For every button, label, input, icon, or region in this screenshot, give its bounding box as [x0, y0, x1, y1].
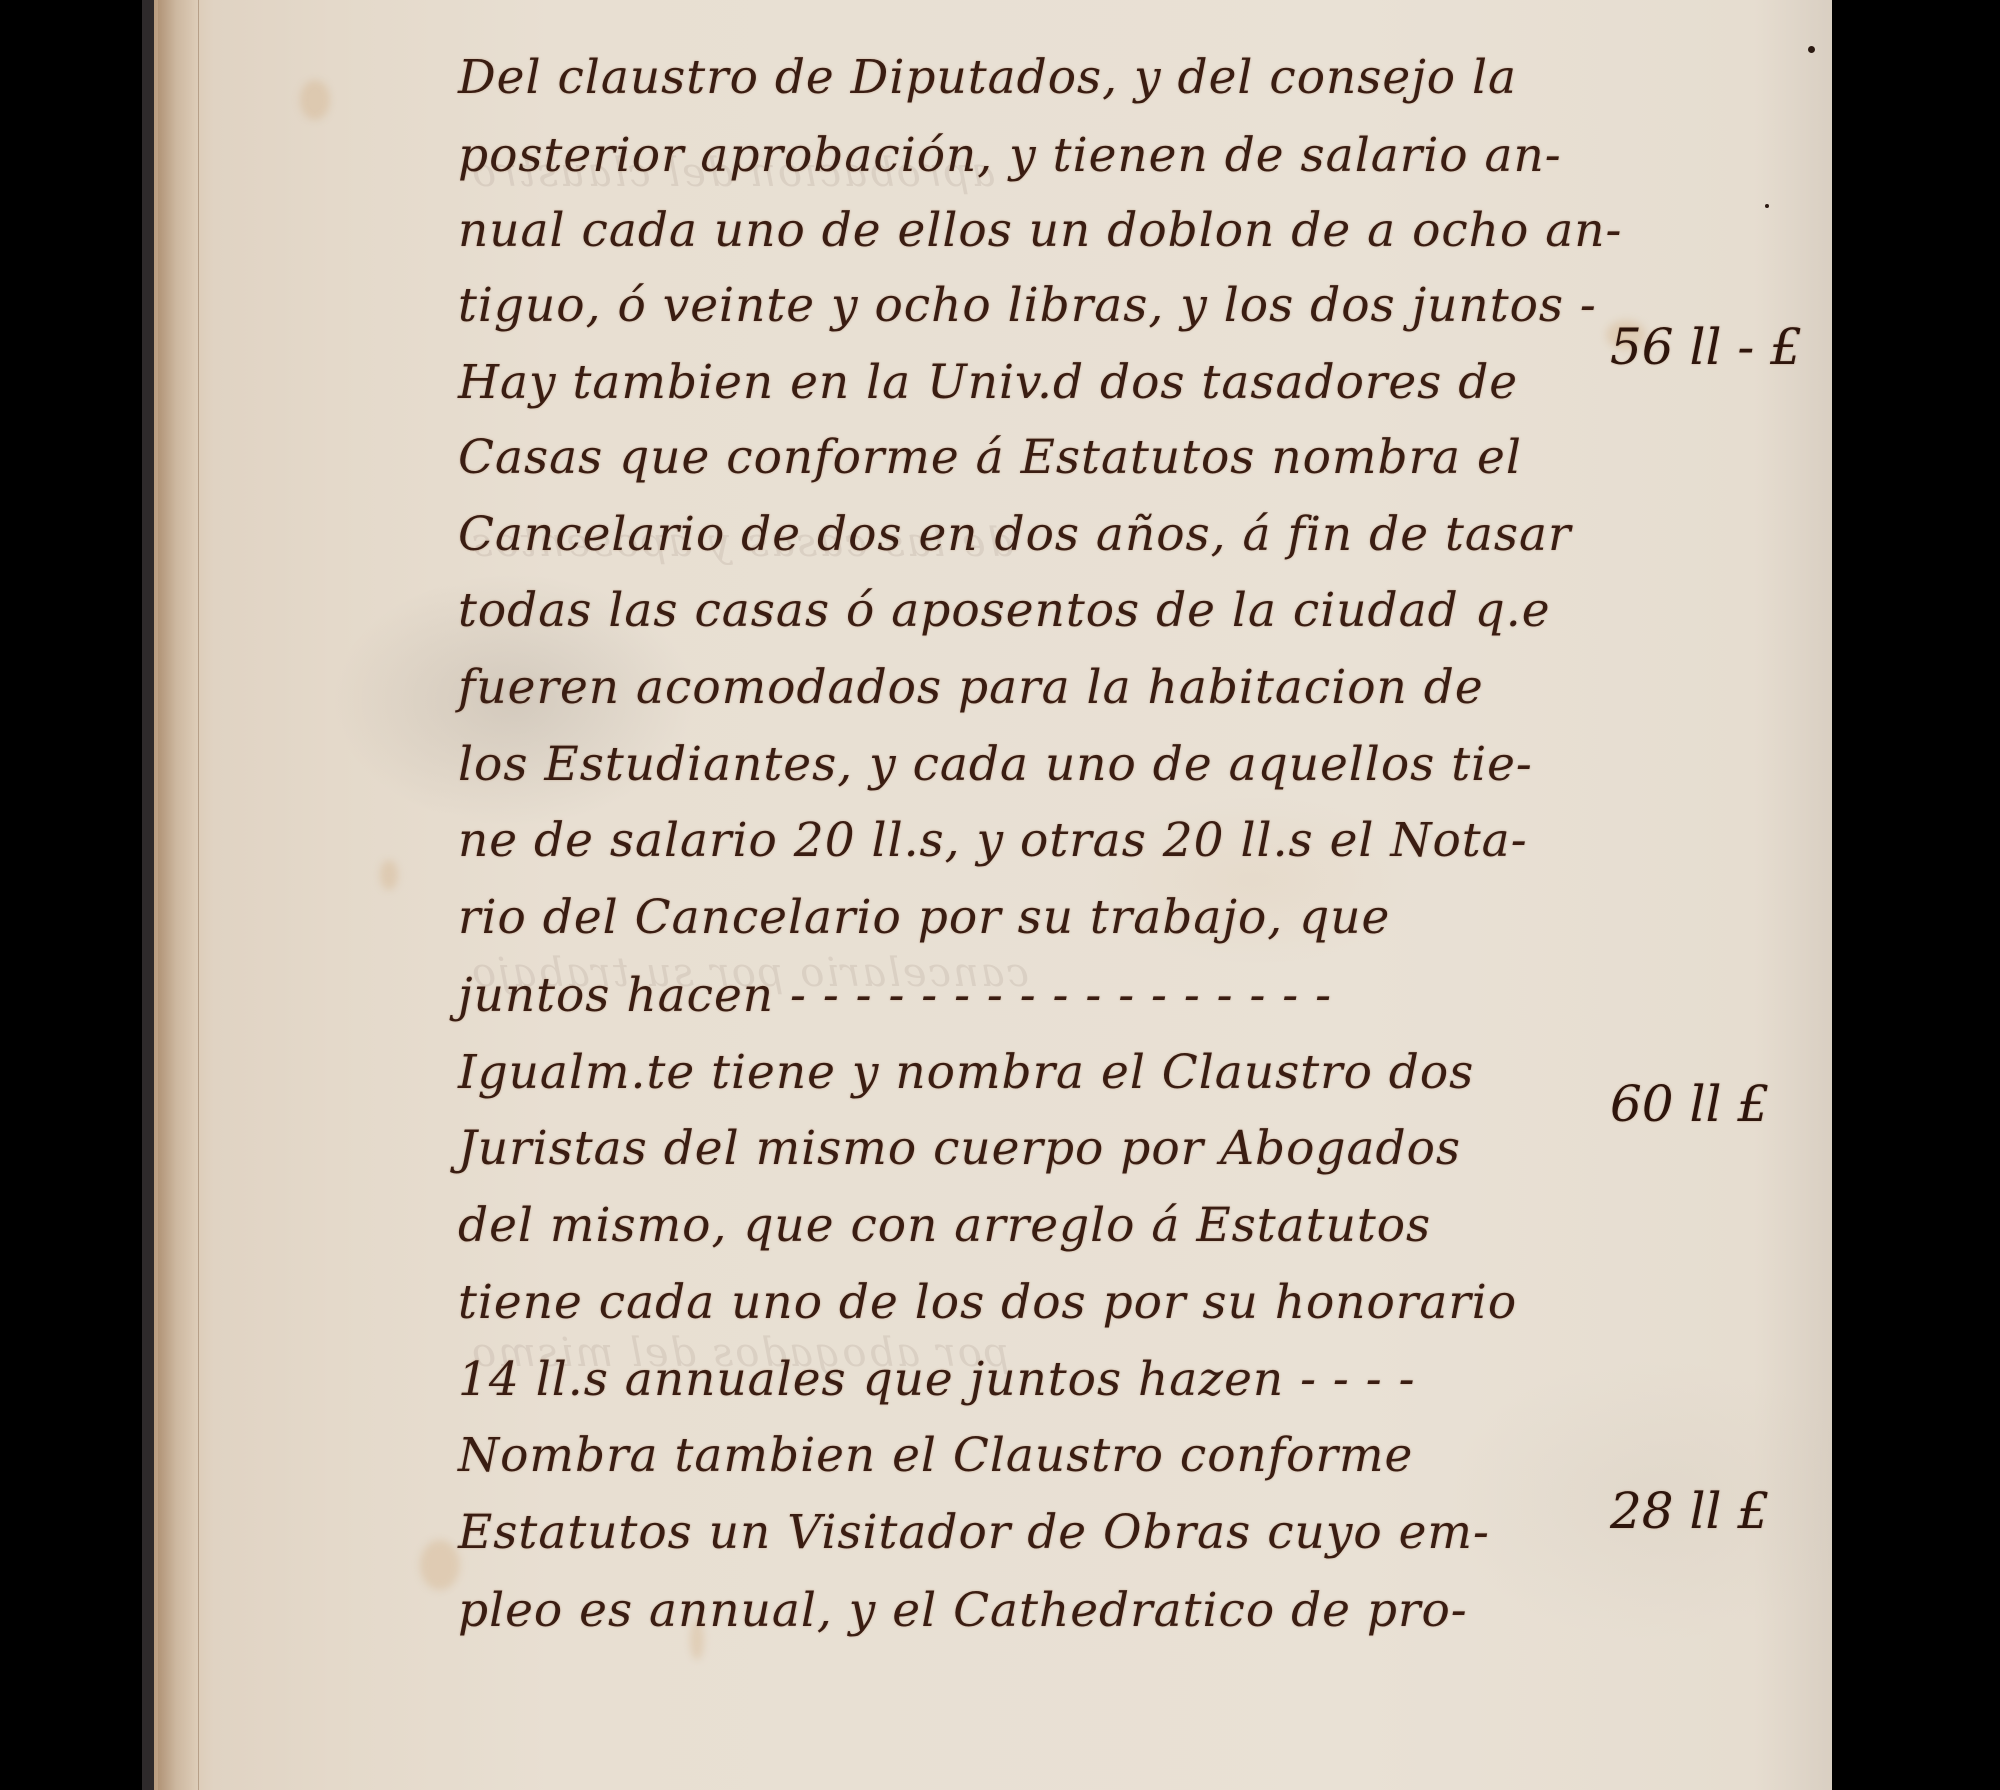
- manuscript-line: posterior aprobación, y tienen de salari…: [458, 128, 1562, 183]
- manuscript-line: pleo es annual, y el Cathedratico de pro…: [458, 1583, 1468, 1638]
- manuscript-line: Hay tambien en la Univ.d dos tasadores d…: [458, 355, 1518, 410]
- binding-gutter: [142, 0, 154, 1790]
- page-left-edge-fold: [158, 0, 199, 1790]
- manuscript-line: nual cada uno de ellos un doblon de a oc…: [458, 203, 1622, 258]
- foxing-stain: [380, 860, 398, 890]
- manuscript-line: tiguo, ó veinte y ocho libras, y los dos…: [458, 278, 1597, 333]
- right-black-border: [1832, 0, 2000, 1790]
- manuscript-line: fueren acomodados para la habitacion de: [458, 660, 1484, 715]
- left-black-border: [0, 0, 142, 1790]
- manuscript-line: Casas que conforme á Estatutos nombra el: [458, 430, 1522, 485]
- manuscript-line: ne de salario 20 ll.s, y otras 20 ll.s e…: [458, 813, 1528, 868]
- manuscript-line: Nombra tambien el Claustro conforme: [458, 1428, 1413, 1483]
- manuscript-line: tiene cada uno de los dos por su honorar…: [458, 1275, 1517, 1330]
- foxing-stain: [300, 80, 330, 120]
- ink-dot: [1808, 46, 1815, 53]
- manuscript-line: los Estudiantes, y cada uno de aquellos …: [458, 737, 1533, 792]
- margin-sum-56: 56 ll - £: [1610, 318, 1802, 376]
- manuscript-line: 14 ll.s annuales que juntos hazen - - - …: [458, 1352, 1415, 1407]
- margin-sum-60: 60 ll £: [1610, 1075, 1769, 1133]
- margin-sum-28: 28 ll £: [1610, 1482, 1769, 1540]
- manuscript-line: del mismo, que con arreglo á Estatutos: [458, 1198, 1431, 1253]
- foxing-stain: [420, 1540, 460, 1590]
- manuscript-line: Igualm.te tiene y nombra el Claustro dos: [458, 1045, 1474, 1100]
- manuscript-line: juntos hacen - - - - - - - - - - - - - -…: [458, 968, 1332, 1023]
- manuscript-line: Del claustro de Diputados, y del consejo…: [458, 50, 1517, 105]
- manuscript-line: Juristas del mismo cuerpo por Abogados: [458, 1121, 1461, 1176]
- manuscript-line: rio del Cancelario por su trabajo, que: [458, 890, 1390, 945]
- ink-dot: [1765, 204, 1769, 208]
- manuscript-line: Cancelario de dos en dos años, á fin de …: [458, 507, 1571, 562]
- manuscript-line: Estatutos un Visitador de Obras cuyo em-: [458, 1505, 1490, 1560]
- manuscript-line: todas las casas ó aposentos de la ciudad…: [458, 583, 1551, 638]
